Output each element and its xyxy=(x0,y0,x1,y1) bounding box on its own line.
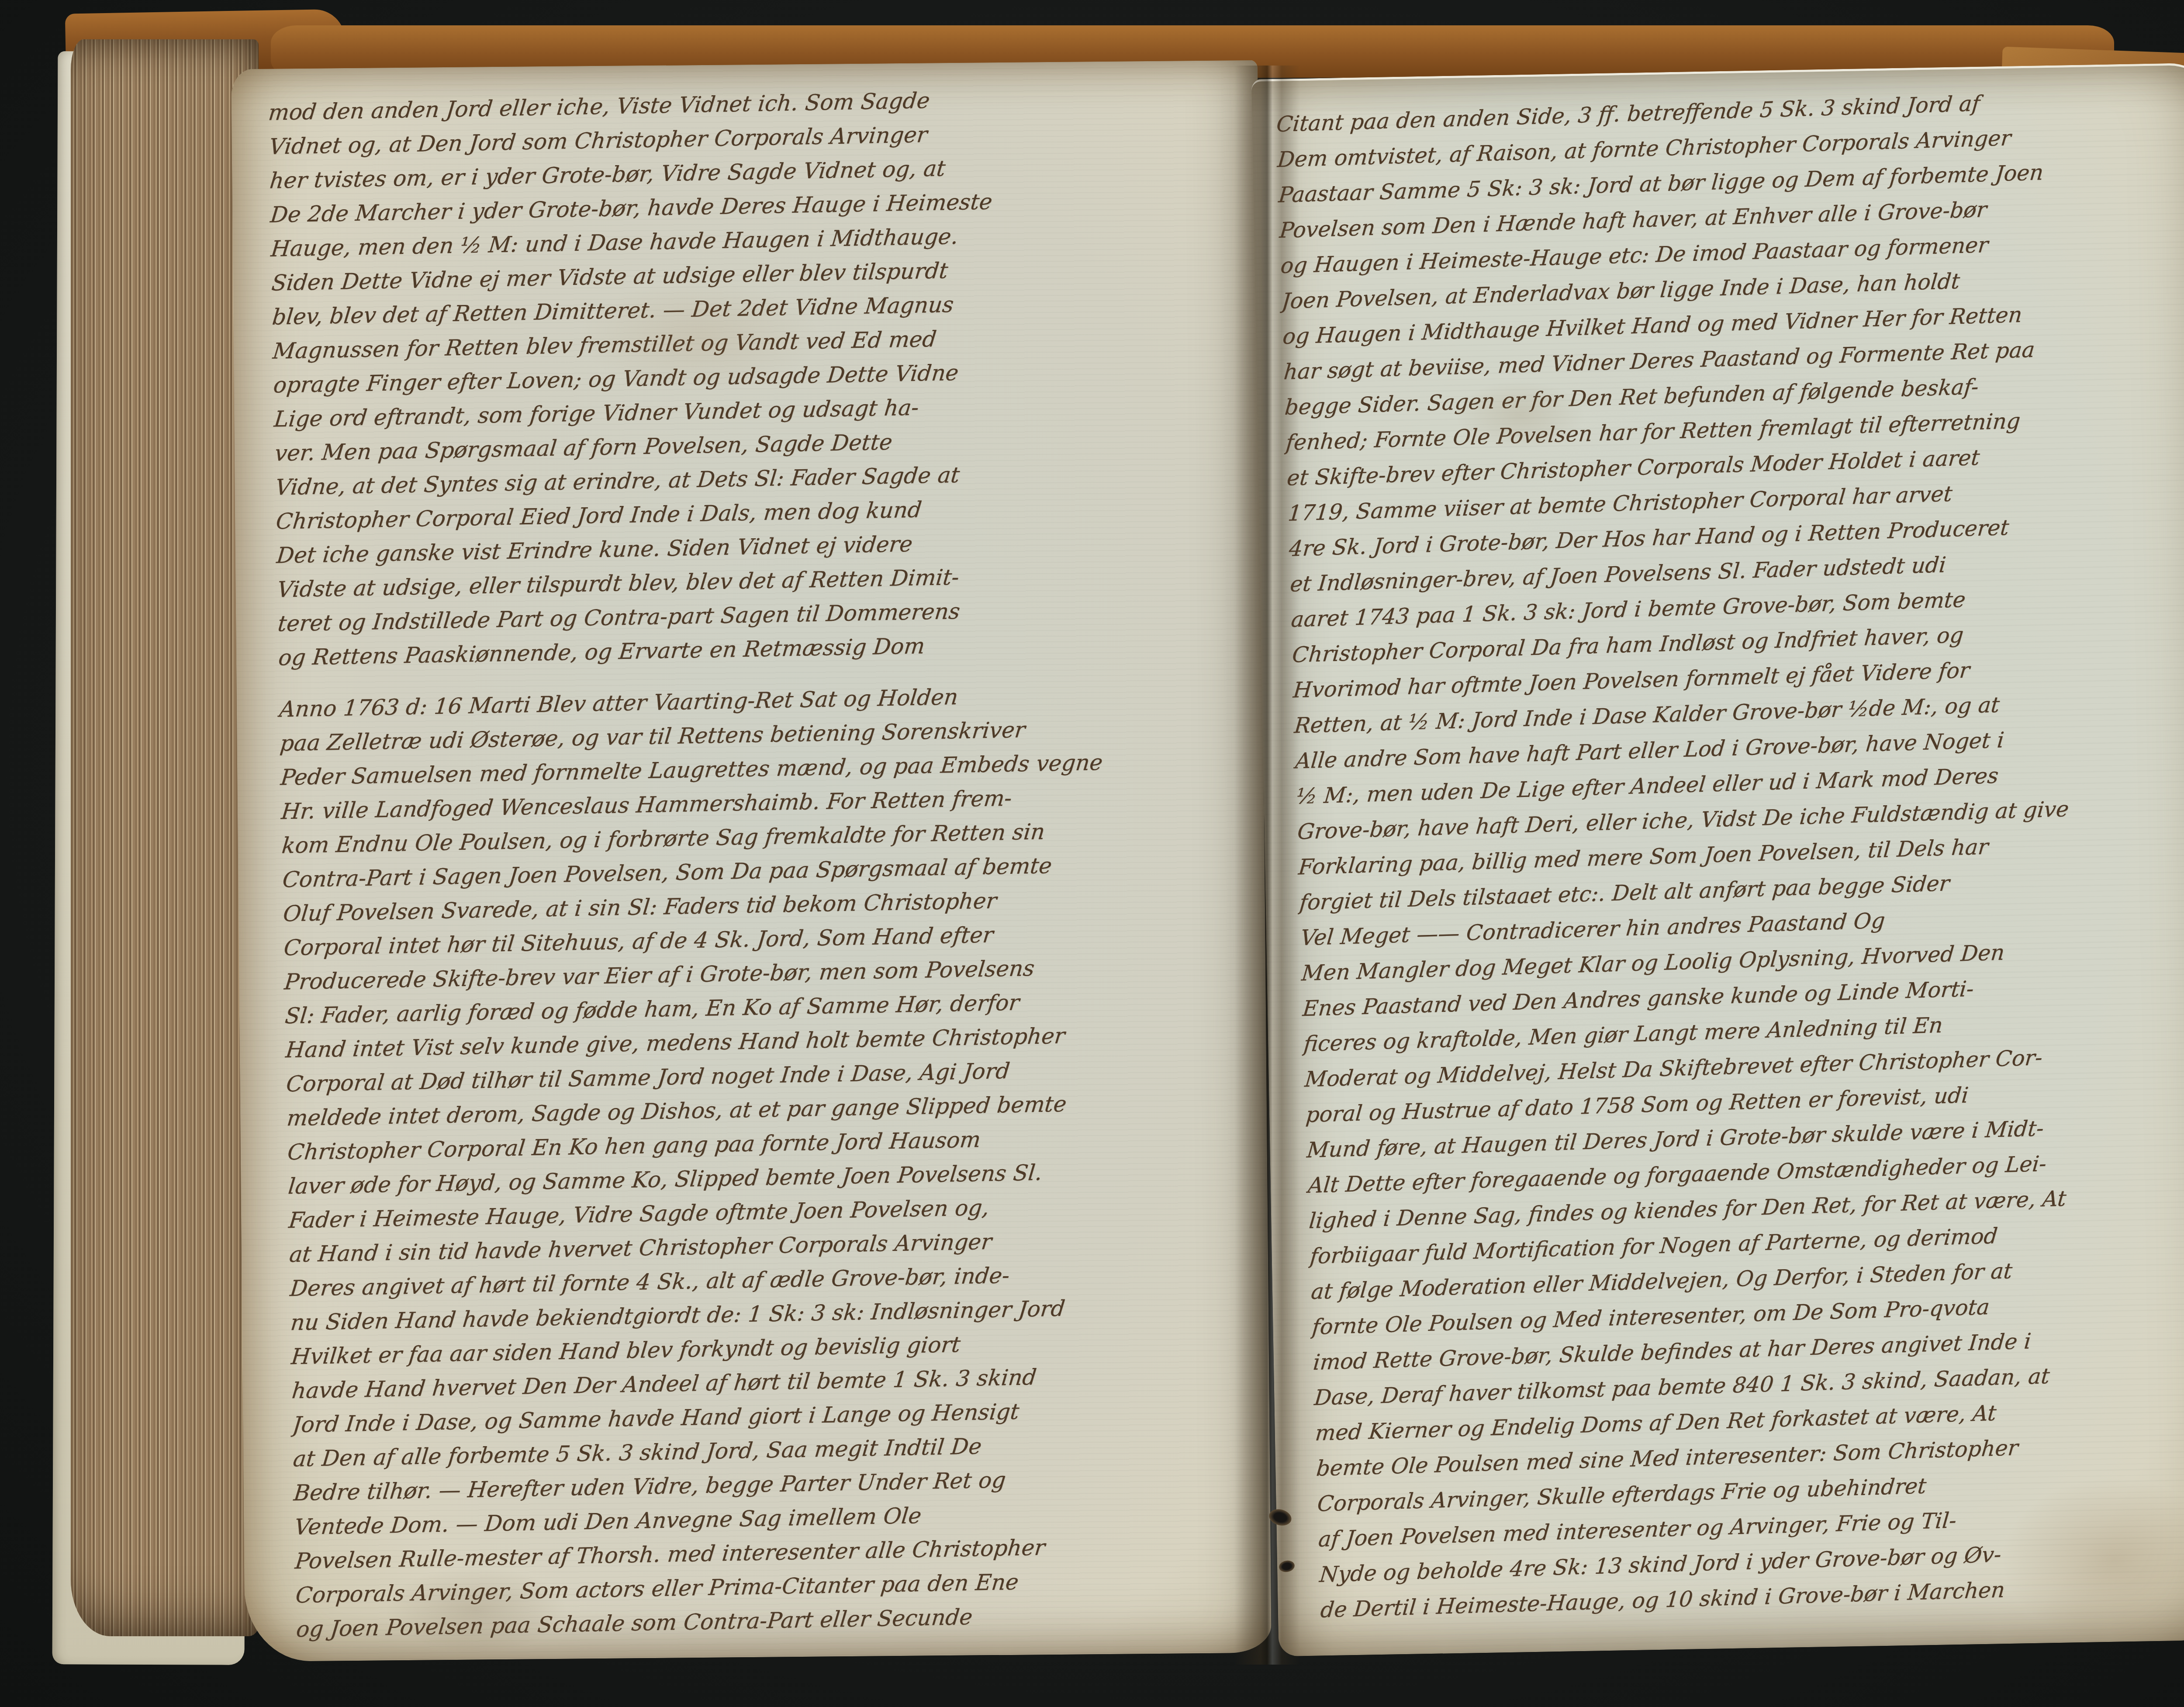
manuscript-photo: mod den anden Jord eller iche, Viste Vid… xyxy=(0,0,2184,1707)
fore-edge-page-block xyxy=(71,39,259,1636)
paper-stain xyxy=(1455,380,1586,450)
right-page-text: Citant paa den anden Side, 3 ff. betreff… xyxy=(1274,79,2184,1644)
paper-stain xyxy=(384,1566,568,1654)
paper-stain xyxy=(577,280,821,393)
